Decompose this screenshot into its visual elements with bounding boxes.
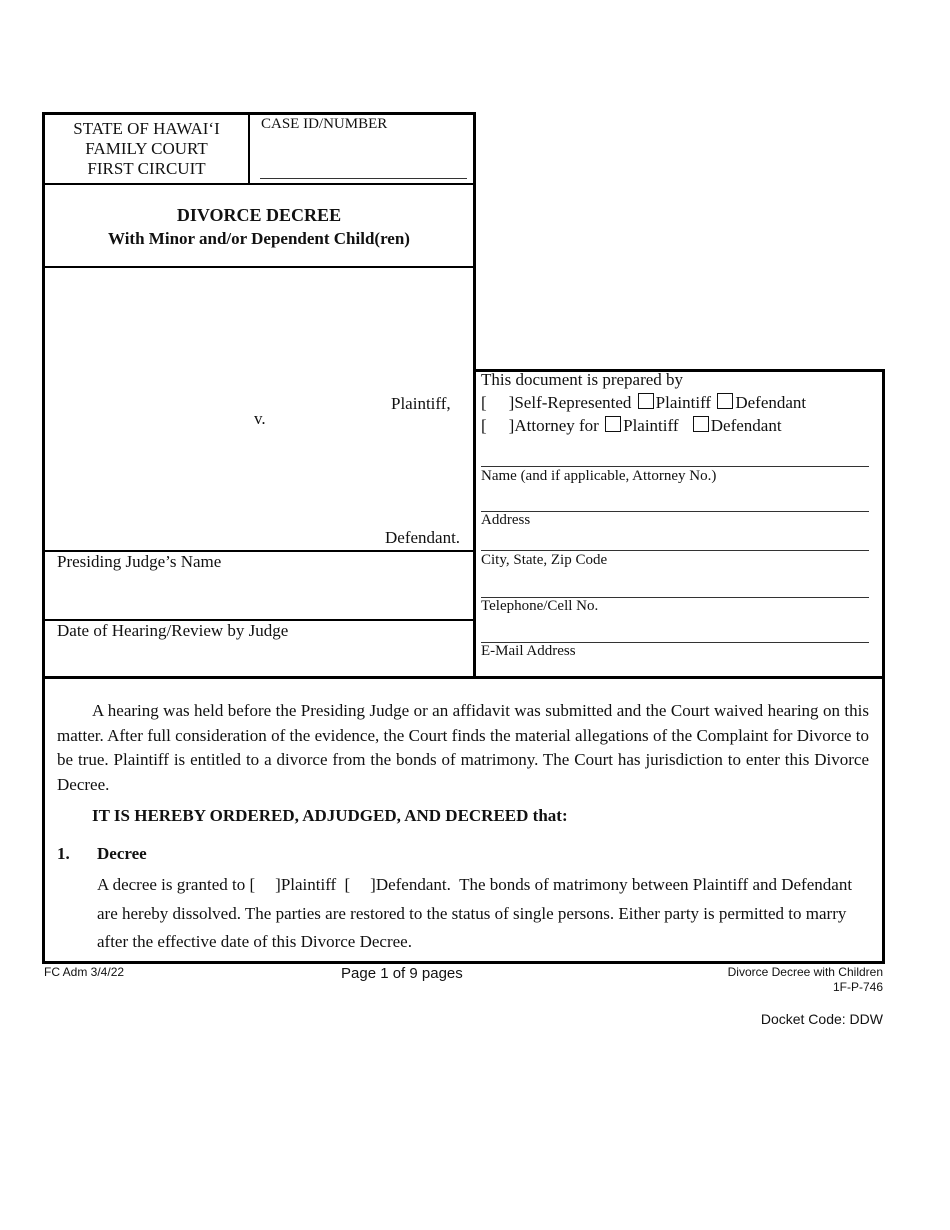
hearing-date-input[interactable] (46, 644, 472, 676)
defendant-label: Defendant. (385, 528, 460, 548)
decree-granted-to: A decree is granted to (97, 875, 245, 894)
document-title-block: DIVORCE DECREE With Minor and/or Depende… (45, 203, 473, 251)
hearing-date-label: Date of Hearing/Review by Judge (57, 621, 288, 641)
self-rep-defendant-checkbox[interactable] (717, 393, 733, 409)
attorney-defendant-label: Defendant (711, 416, 782, 435)
versus-label: v. (254, 409, 266, 429)
court-caseid-divider (248, 113, 250, 184)
telephone-field[interactable] (481, 577, 869, 598)
footer-form-revision: FC Adm 3/4/22 (44, 965, 124, 979)
section-1-title: Decree (97, 844, 147, 864)
footer-docket-code: Docket Code: DDW (600, 1011, 883, 1027)
attorney-plaintiff-label: Plaintiff (623, 416, 678, 435)
section-1-text: A decree is granted to []Plaintiff []Def… (97, 871, 872, 957)
email-field[interactable] (481, 622, 869, 643)
attorney-for-row: []Attorney for Plaintiff Defendant (481, 416, 782, 436)
intro-paragraph: A hearing was held before the Presiding … (57, 699, 869, 797)
decree-defendant-label: Defendant. (376, 875, 451, 894)
divider-under-header (43, 183, 475, 185)
decree-defendant-bracket[interactable]: [] (344, 875, 375, 894)
plaintiff-label: Plaintiff, (391, 394, 451, 414)
footer-form-title: Divorce Decree with Children (600, 965, 883, 980)
decree-plaintiff-bracket[interactable]: [] (249, 875, 280, 894)
court-line-state: STATE OF HAWAI‘I (45, 119, 248, 139)
self-represented-row: []Self-Represented Plaintiff Defendant (481, 393, 806, 413)
court-name: STATE OF HAWAI‘I FAMILY COURT FIRST CIRC… (45, 119, 248, 179)
prepared-by-heading: This document is prepared by (481, 370, 683, 390)
self-rep-plaintiff-checkbox[interactable] (638, 393, 654, 409)
order-heading: IT IS HEREBY ORDERED, ADJUDGED, AND DECR… (92, 806, 568, 826)
section-1-number: 1. (57, 844, 70, 864)
self-represented-bracket[interactable]: [] (481, 393, 514, 412)
self-rep-defendant-label: Defendant (735, 393, 806, 412)
email-label: E-Mail Address (481, 643, 576, 660)
self-represented-label: Self-Represented (514, 393, 631, 412)
case-id-input[interactable] (260, 160, 467, 179)
presiding-judge-label: Presiding Judge’s Name (57, 552, 221, 572)
court-line-family: FAMILY COURT (45, 139, 248, 159)
court-line-circuit: FIRST CIRCUIT (45, 159, 248, 179)
city-state-zip-label: City, State, Zip Code (481, 552, 607, 569)
presiding-judge-input[interactable] (46, 575, 472, 617)
divider-under-title (43, 266, 475, 268)
attorney-defendant-checkbox[interactable] (693, 416, 709, 432)
attorney-for-label: Attorney for (514, 416, 599, 435)
address-field[interactable] (481, 491, 869, 512)
telephone-label: Telephone/Cell No. (481, 598, 598, 615)
city-state-zip-field[interactable] (481, 530, 869, 551)
address-field-label: Address (481, 512, 530, 529)
footer-page-number: Page 1 of 9 pages (341, 965, 463, 982)
case-id-label: CASE ID/NUMBER (261, 116, 387, 133)
attorney-plaintiff-checkbox[interactable] (605, 416, 621, 432)
name-field[interactable] (481, 446, 869, 467)
name-field-label: Name (and if applicable, Attorney No.) (481, 468, 716, 485)
document-subtitle: With Minor and/or Dependent Child(ren) (45, 227, 473, 251)
footer-form-info: Divorce Decree with Children 1F-P-746 (600, 965, 883, 995)
attorney-for-bracket[interactable]: [] (481, 416, 514, 435)
self-rep-plaintiff-label: Plaintiff (656, 393, 711, 412)
footer-form-number: 1F-P-746 (600, 980, 883, 995)
decree-plaintiff-label: Plaintiff (281, 875, 336, 894)
document-title: DIVORCE DECREE (45, 203, 473, 227)
